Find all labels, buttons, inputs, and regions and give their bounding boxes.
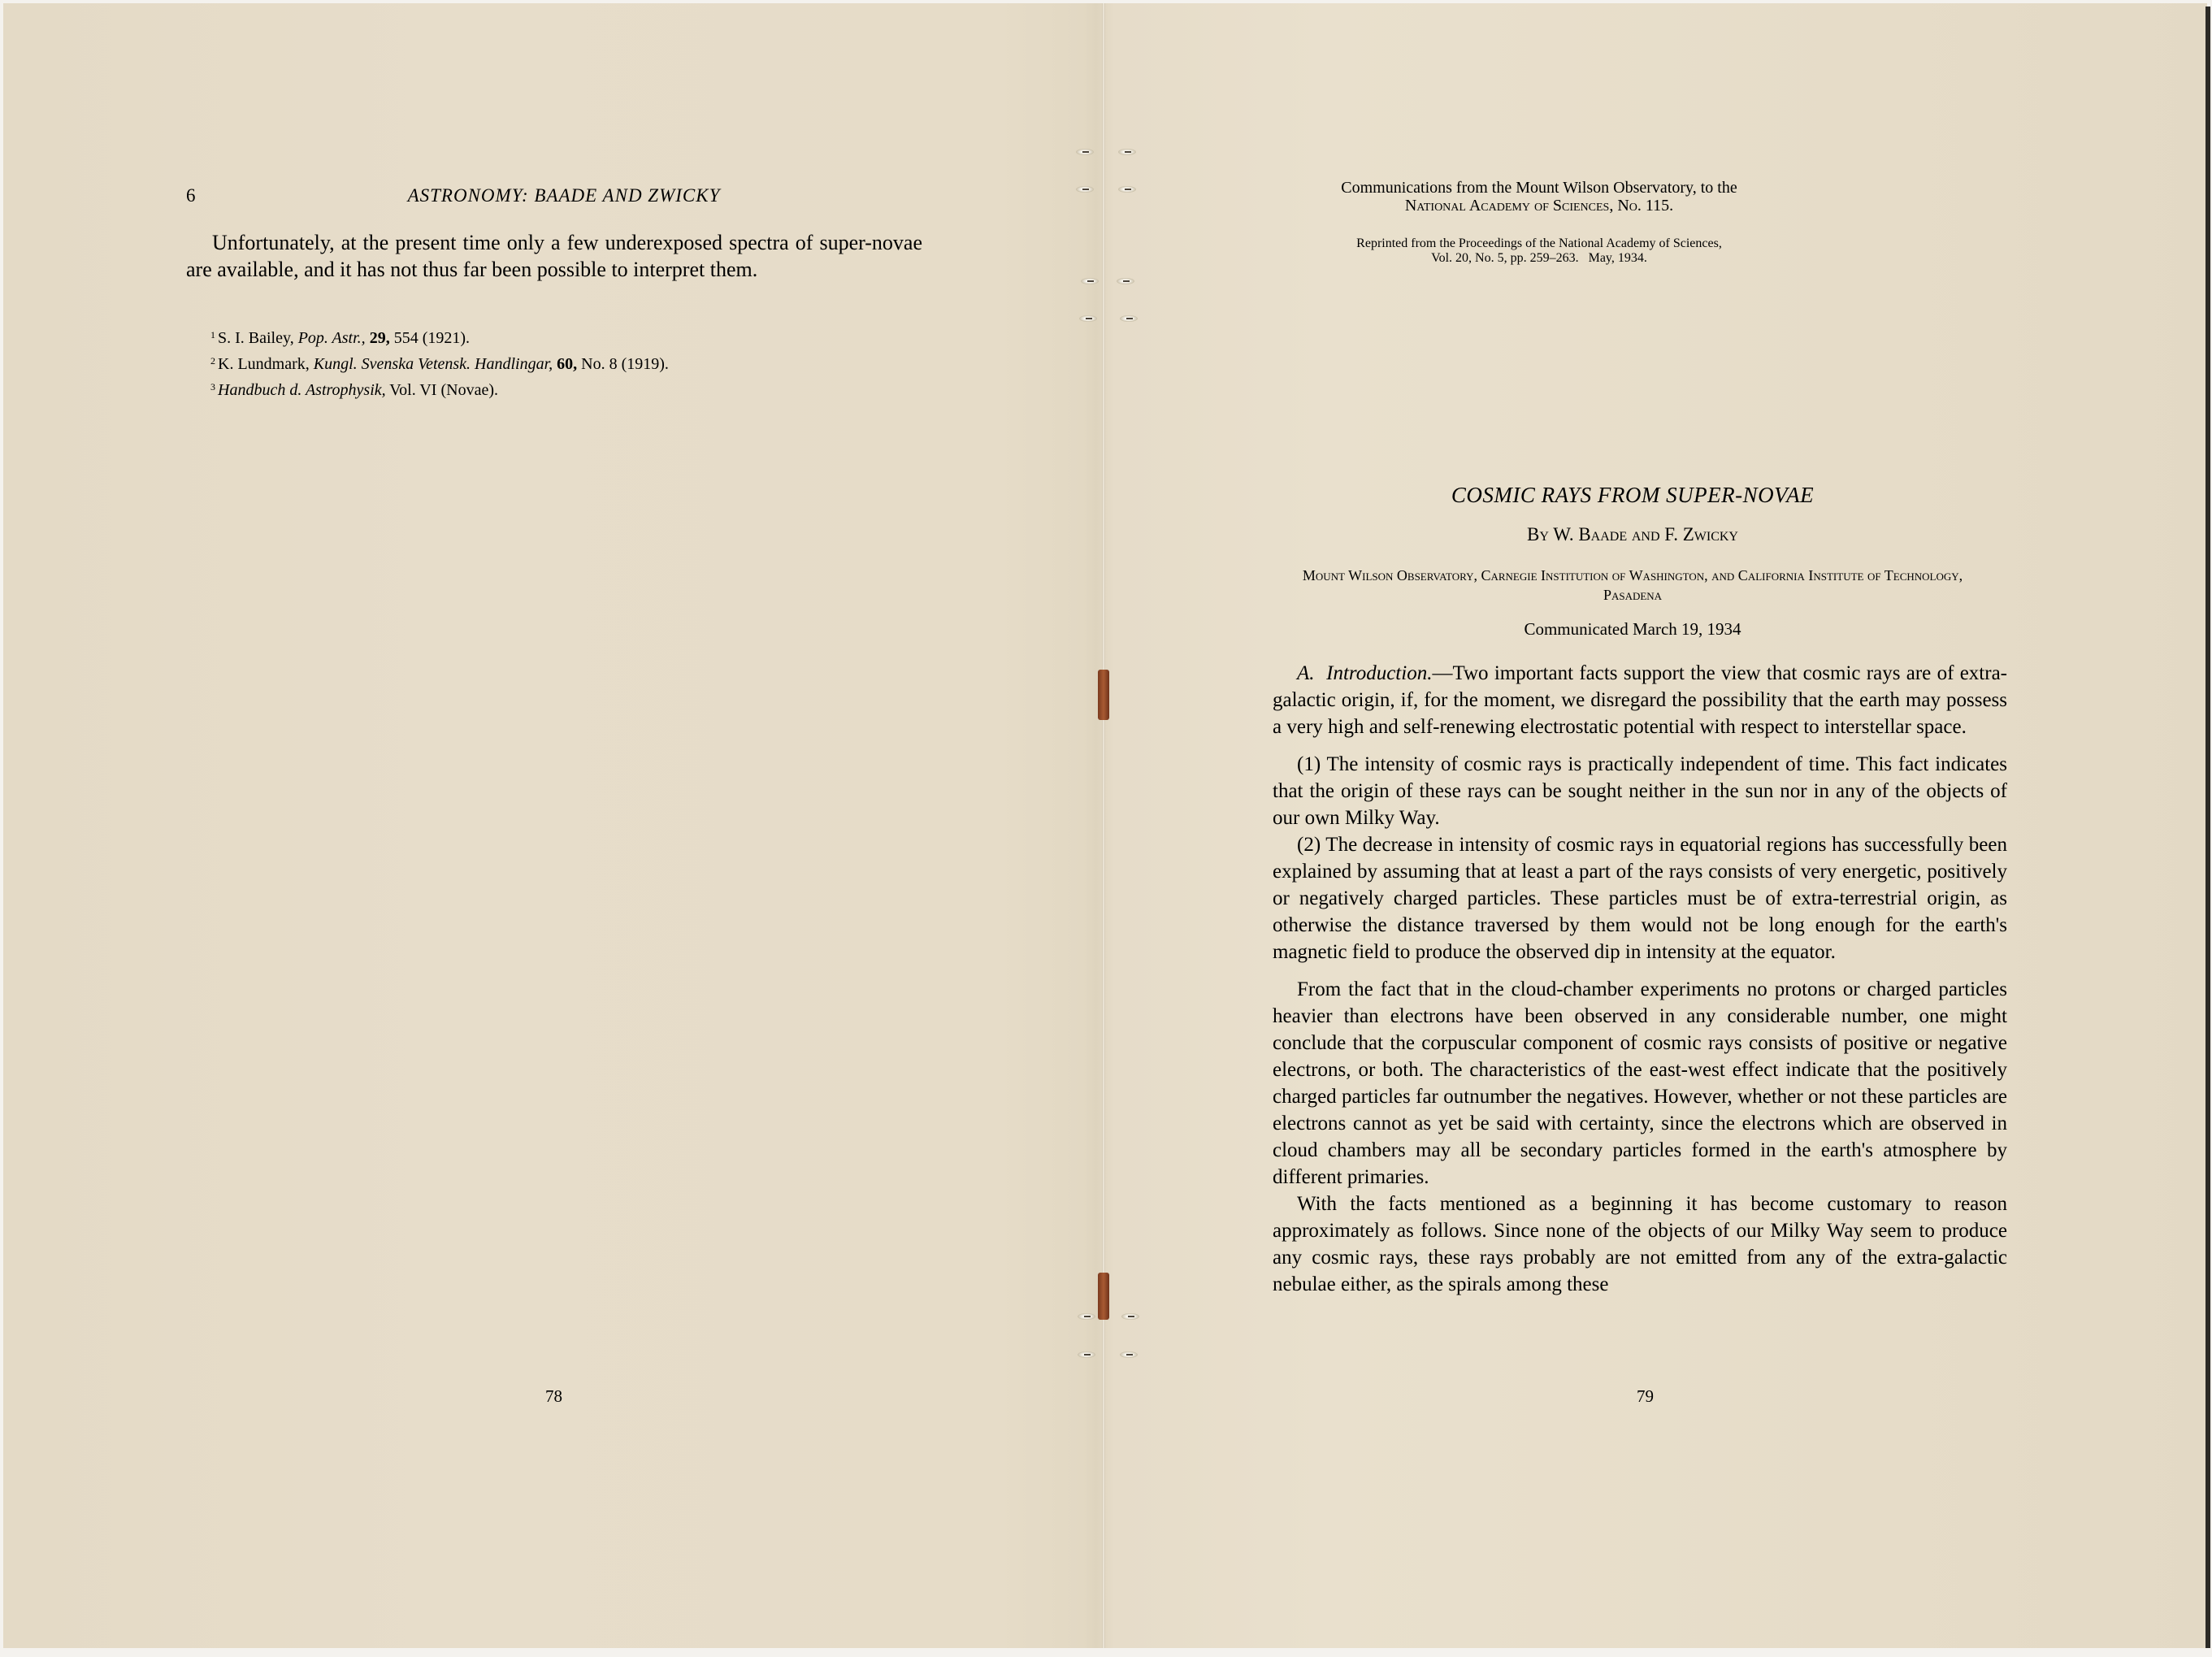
binding-hole-icon <box>1078 1351 1095 1358</box>
binding-hole-icon <box>1076 186 1094 193</box>
binding-hole-icon <box>1078 1313 1095 1320</box>
paragraph: With the facts mentioned as a beginning … <box>1273 1191 2007 1298</box>
right-page-number: 79 <box>1637 1386 1654 1407</box>
book-spread: 6 ASTRONOMY: BAADE AND ZWICKY Unfortunat… <box>3 3 2207 1648</box>
running-head-title: ASTRONOMY: BAADE AND ZWICKY <box>186 185 942 206</box>
paragraph: (2) The decrease in intensity of cosmic … <box>1273 831 2007 965</box>
page-edge-shadow <box>2205 7 2210 1648</box>
left-page-number: 78 <box>545 1386 562 1407</box>
byline: By W. Baade and F. Zwicky <box>1255 524 2010 545</box>
article-title: COSMIC RAYS FROM SUPER-NOVAE <box>1255 483 2010 508</box>
communicated-date: Communicated March 19, 1934 <box>1255 619 2010 640</box>
paragraph: From the fact that in the cloud-chamber … <box>1273 976 2007 1191</box>
paragraph: (1) The intensity of cosmic rays is prac… <box>1273 751 2007 831</box>
binding-hole-icon <box>1076 149 1094 155</box>
communications-header: Communications from the Mount Wilson Obs… <box>1255 179 1824 215</box>
left-body-text: Unfortunately, at the present time only … <box>186 229 922 283</box>
footnote-1: 1S. I. Bailey, Pop. Astr., 29, 554 (1921… <box>210 323 669 349</box>
binding-hole-icon <box>1081 278 1099 284</box>
paragraph: Unfortunately, at the present time only … <box>186 229 922 283</box>
affiliation: Mount Wilson Observatory, Carnegie Insti… <box>1275 566 1990 605</box>
intro-paragraph: A. Introduction.—Two important facts sup… <box>1273 660 2007 740</box>
footnotes: 1S. I. Bailey, Pop. Astr., 29, 554 (1921… <box>210 323 669 401</box>
footnote-3: 3Handbuch d. Astrophysik, Vol. VI (Novae… <box>210 375 669 401</box>
binding-hole-icon <box>1079 315 1097 322</box>
article-body: A. Introduction.—Two important facts sup… <box>1273 660 2007 1298</box>
reprint-notice: Reprinted from the Proceedings of the Na… <box>1255 236 1824 266</box>
footnote-2: 2K. Lundmark, Kungl. Svenska Vetensk. Ha… <box>210 349 669 375</box>
